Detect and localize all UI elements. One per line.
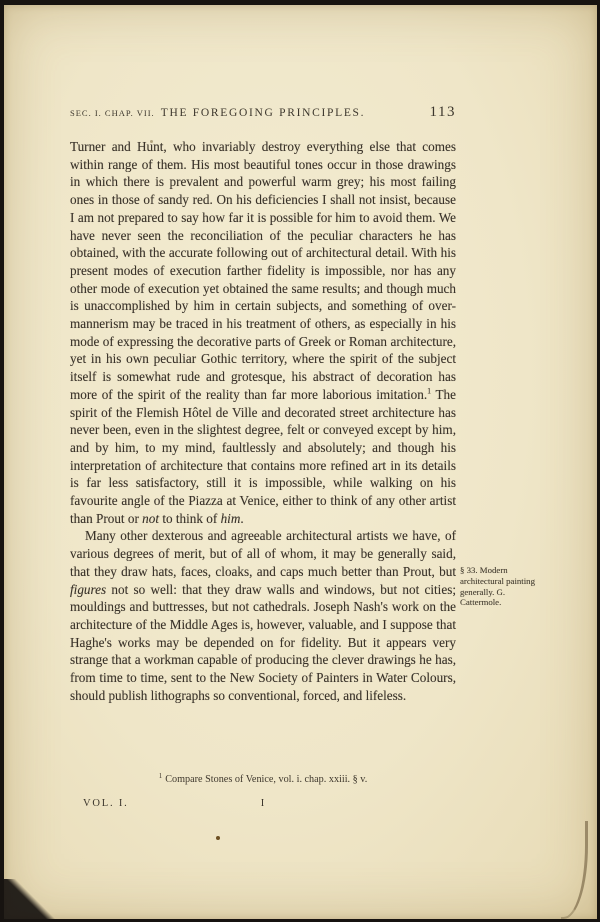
- paper-speck: [216, 836, 220, 840]
- page-edge-curl: [561, 821, 588, 919]
- paper-sheet: SEC. I. CHAP. VII. THE FOREGOING PRINCIP…: [4, 5, 597, 919]
- signature-mark: I: [70, 798, 456, 809]
- text-run: The spirit of the Flemish Hôtel de Ville…: [70, 387, 456, 526]
- text-run: to think of: [159, 511, 221, 526]
- italic-text: not: [142, 511, 159, 526]
- torn-corner: [4, 879, 56, 919]
- footnote-text: Compare Stones of Venice, vol. i. chap. …: [165, 774, 367, 785]
- page-number: 113: [430, 104, 456, 121]
- text-run: Turner and Hunt, who invariably destroy …: [70, 139, 456, 402]
- paragraph: Many other dexterous and agreeable archi…: [70, 527, 456, 704]
- page-footer: VOL. I. I: [70, 798, 456, 814]
- running-head: SEC. I. CHAP. VII. THE FOREGOING PRINCIP…: [70, 104, 456, 121]
- running-head-section: SEC. I. CHAP. VII.: [70, 108, 155, 118]
- text-run: .: [240, 511, 243, 526]
- margin-note: § 33. Modern architectural painting gene…: [460, 565, 540, 608]
- paragraph: Turner and Hunt, who invariably destroy …: [70, 138, 456, 527]
- scanned-book-page: SEC. I. CHAP. VII. THE FOREGOING PRINCIP…: [0, 0, 600, 922]
- body-text: Turner and Hunt, who invariably destroy …: [70, 138, 456, 705]
- italic-text: him: [221, 511, 241, 526]
- paper-speck: [150, 140, 153, 143]
- text-run: Many other dexterous and agreeable archi…: [70, 528, 456, 578]
- footnote: 1Compare Stones of Venice, vol. i. chap.…: [70, 774, 456, 785]
- running-head-title: THE FOREGOING PRINCIPLES.: [161, 107, 365, 119]
- italic-text: figures: [70, 582, 106, 597]
- text-run: not so well: that they draw walls and wi…: [70, 582, 456, 703]
- footnote-marker: 1: [159, 772, 163, 780]
